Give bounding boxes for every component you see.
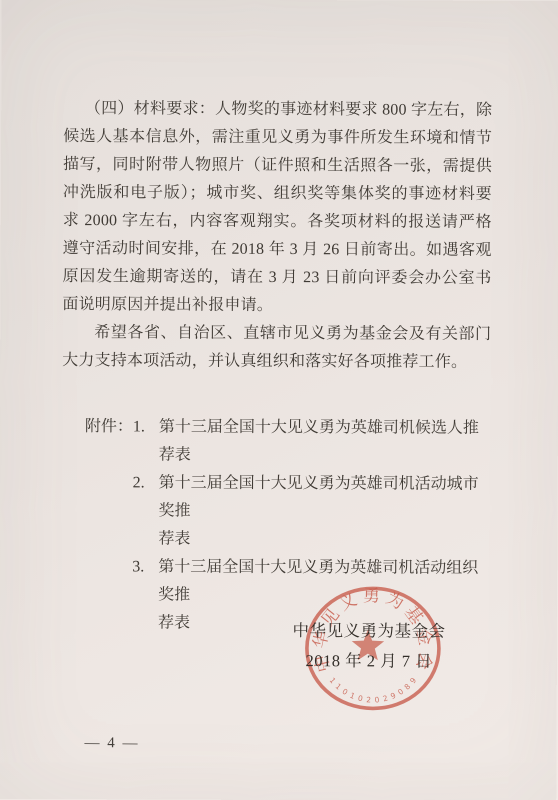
attachment-item: 2. 第十三届全国十大见义勇为英雄司机活动城市奖推 荐表 xyxy=(132,469,490,555)
attachment-title: 第十三届全国十大见义勇为英雄司机活动城市奖推 荐表 xyxy=(158,469,490,554)
attachments-label: 附件： xyxy=(85,413,133,441)
page-number: — 4 — xyxy=(84,735,139,752)
paragraph-material-requirements: （四）材料要求：人物奖的事迹材料要求 800 字左右，除候选人基本信息外，需注重… xyxy=(62,95,492,321)
document-body: （四）材料要求：人物奖的事迹材料要求 800 字左右，除候选人基本信息外，需注重… xyxy=(61,95,492,639)
attachment-title: 第十三届全国十大见义勇为英雄司机候选人推荐表 xyxy=(159,413,491,470)
signature-block: 中华见义勇为基金会 2018 年 2 月 7 日 xyxy=(257,616,481,677)
attachment-item: 1. 第十三届全国十大见义勇为英雄司机候选人推荐表 xyxy=(133,413,491,471)
attachment-number: 1. xyxy=(133,413,151,469)
attachment-number: 2. xyxy=(132,469,150,553)
paragraph-support-request: 希望各省、自治区、直辖市见义勇为基金会及有关部门大力支持本项活动，并认真组织和落… xyxy=(62,319,491,377)
attachment-number: 3. xyxy=(132,553,150,637)
document-page: （四）材料要求：人物奖的事迹材料要求 800 字左右，除候选人基本信息外，需注重… xyxy=(0,0,558,800)
signature-date: 2018 年 2 月 7 日 xyxy=(257,646,481,677)
signature-org-name: 中华见义勇为基金会 xyxy=(257,616,481,647)
